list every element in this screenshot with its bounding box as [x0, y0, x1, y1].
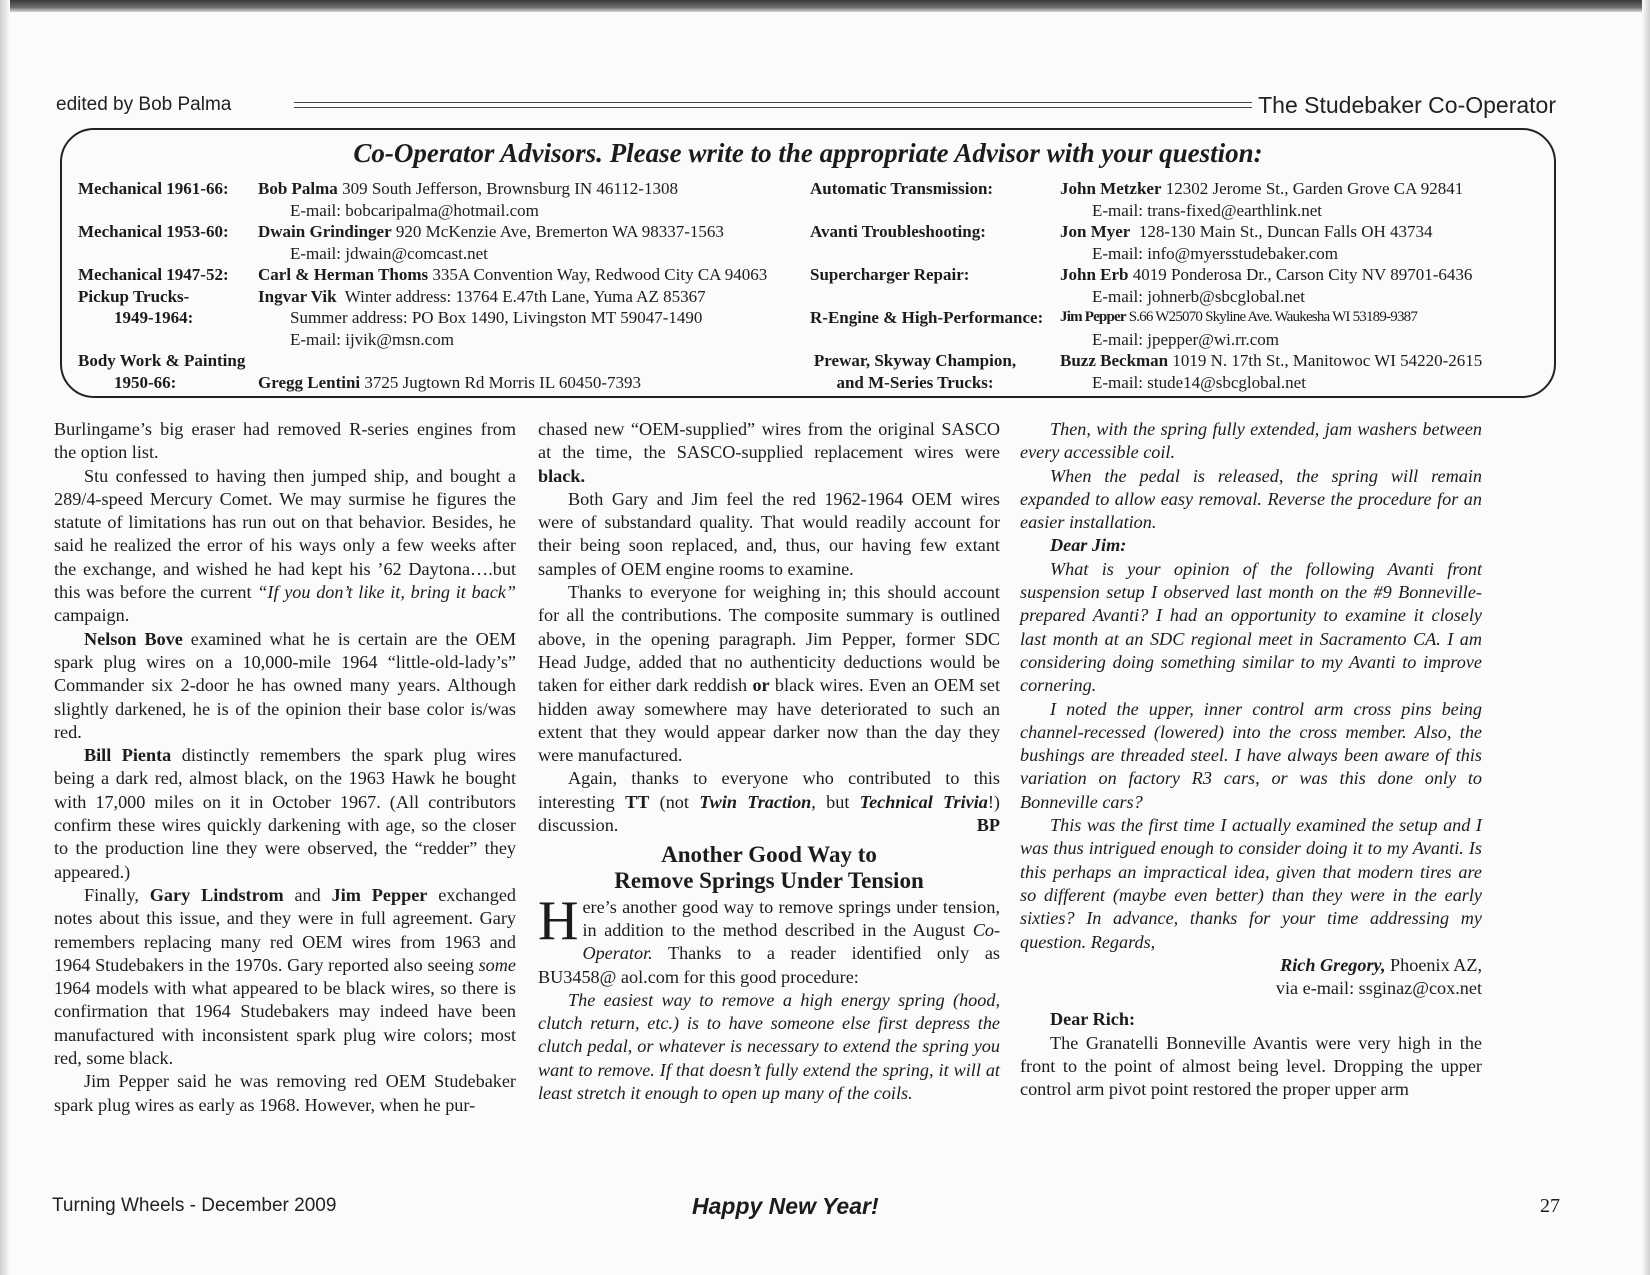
advisor-entry: Supercharger Repair: John Erb 4019 Ponde…	[810, 264, 1550, 307]
advisor-category: Mechanical 1953-60:	[78, 221, 229, 243]
advisor-address: 3725 Jugtown Rd Morris IL 60450-7393	[364, 373, 641, 392]
advisor-address: 920 McKenzie Ave, Bremerton WA 98337-156…	[396, 222, 724, 241]
advisor-address: 128-130 Main St., Duncan Falls OH 43734	[1139, 222, 1433, 241]
letter-signature: Rich Gregory, Phoenix AZ,	[1020, 954, 1482, 977]
advisor-entry: Avanti Troubleshooting: Jon Myer 128-130…	[810, 221, 1550, 264]
advisor-email[interactable]: E-mail: johnerb@sbcglobal.net	[1060, 286, 1550, 308]
paragraph: Jim Pepper said he was removing red OEM …	[54, 1070, 516, 1117]
advisor-category: Prewar, Skyway Champion, and M-Series Tr…	[810, 350, 1020, 393]
paragraph: The easiest way to remove a high energy …	[538, 989, 1000, 1105]
letter-salutation: Dear Jim:	[1020, 534, 1482, 557]
paragraph: Thanks to everyone for weighing in; this…	[538, 581, 1000, 767]
advisor-entry: Body Work & Painting 1950-66: Gregg Lent…	[78, 350, 798, 393]
advisor-category: Supercharger Repair:	[810, 264, 969, 286]
section-title: The Studebaker Co-Operator	[1258, 92, 1556, 119]
advisor-email[interactable]: E-mail: ijvik@msn.com	[258, 329, 798, 351]
paragraph: Stu confessed to having then jumped ship…	[54, 465, 516, 628]
footer-greeting: Happy New Year!	[692, 1193, 879, 1220]
scan-right-edge	[1642, 0, 1650, 1275]
advisor-name: John Erb	[1060, 265, 1129, 284]
scan-left-edge	[0, 0, 10, 1275]
advisor-entry: Mechanical 1961-66: Bob Palma 309 South …	[78, 178, 798, 221]
reply-salutation: Dear Rich:	[1020, 1008, 1482, 1031]
advisor-category-years: 1950-66:	[78, 372, 176, 394]
article-column-2: chased new “OEM-supplied” wires from the…	[538, 418, 1000, 1105]
advisor-address: 1019 N. 17th St., Manitowoc WI 54220-261…	[1172, 351, 1482, 370]
paragraph: Nelson Bove examined what he is certain …	[54, 628, 516, 744]
advisor-category: Pickup Trucks- 1949-1964:	[78, 286, 193, 329]
paragraph: Here’s another good way to remove spring…	[538, 896, 1000, 989]
advisor-category: Avanti Troubleshooting:	[810, 221, 986, 243]
scan-top-edge	[0, 0, 1650, 12]
paragraph: What is your opinion of the following Av…	[1020, 558, 1482, 698]
contributor-name: Nelson Bove	[84, 629, 183, 649]
paragraph: Burlingame’s big eraser had removed R-se…	[54, 418, 516, 465]
advisor-category: R-Engine & High-Performance:	[810, 307, 1043, 329]
paragraph: chased new “OEM-supplied” wires from the…	[538, 418, 1000, 488]
page-footer: Turning Wheels - December 2009 Happy New…	[52, 1195, 1560, 1225]
advisor-name: Dwain Grindinger	[258, 222, 392, 241]
advisor-category: Body Work & Painting	[78, 350, 798, 372]
advisor-name: Ingvar Vik	[258, 287, 337, 306]
page-number: 27	[1540, 1195, 1560, 1218]
advisor-name: Jon Myer	[1060, 222, 1130, 241]
advisor-name: Bob Palma	[258, 179, 338, 198]
advisor-name: Gregg Lentini	[258, 373, 360, 392]
advisors-left-column: Mechanical 1961-66: Bob Palma 309 South …	[78, 178, 798, 393]
paragraph: Then, with the spring fully extended, ja…	[1020, 418, 1482, 465]
paragraph: I noted the upper, inner control arm cro…	[1020, 698, 1482, 814]
advisor-email[interactable]: E-mail: trans-fixed@earthlink.net	[1060, 200, 1550, 222]
paragraph: Finally, Gary Lindstrom and Jim Pepper e…	[54, 884, 516, 1070]
advisor-address-2: Summer address: PO Box 1490, Livingston …	[258, 307, 798, 329]
article-column-1: Burlingame’s big eraser had removed R-se…	[54, 418, 516, 1117]
advisor-name: John Metzker	[1060, 179, 1162, 198]
article-headline: Another Good Way to Remove Springs Under…	[538, 842, 1000, 894]
header-double-rule	[294, 102, 1252, 108]
page-header: edited by Bob Palma The Studebaker Co-Op…	[56, 92, 1556, 122]
advisors-right-column: Automatic Transmission: John Metzker 123…	[810, 178, 1550, 393]
advisor-address: S.66 W25070 Skyline Ave. Waukesha WI 531…	[1129, 309, 1417, 325]
advisor-entry: Mechanical 1953-60: Dwain Grindinger 920…	[78, 221, 798, 264]
advisor-address: 309 South Jefferson, Brownsburg IN 46112…	[342, 179, 678, 198]
advisor-name: Jim Pepper	[1060, 309, 1126, 325]
contributor-name: Gary Lindstrom	[150, 885, 284, 905]
advisor-entry: Automatic Transmission: John Metzker 123…	[810, 178, 1550, 221]
paragraph: Both Gary and Jim feel the red 1962-1964…	[538, 488, 1000, 581]
contributor-name: Jim Pepper	[332, 885, 428, 905]
advisor-address: Winter address: 13764 E.47th Lane, Yuma …	[345, 287, 706, 306]
advisor-name: Buzz Beckman	[1060, 351, 1168, 370]
advisor-email[interactable]: E-mail: bobcaripalma@hotmail.com	[258, 200, 798, 222]
editor-credit: edited by Bob Palma	[56, 94, 231, 116]
advisors-box: Co-Operator Advisors. Please write to th…	[60, 128, 1556, 398]
advisor-category: Mechanical 1947-52:	[78, 264, 229, 286]
article-column-3: Then, with the spring fully extended, ja…	[1020, 418, 1482, 1102]
advisor-entry: Prewar, Skyway Champion, and M-Series Tr…	[810, 350, 1550, 393]
advisor-category: Automatic Transmission:	[810, 178, 993, 200]
paragraph: The Granatelli Bonneville Avantis were v…	[1020, 1032, 1482, 1102]
publication-issue: Turning Wheels - December 2009	[52, 1195, 336, 1217]
paragraph: This was the first time I actually exami…	[1020, 814, 1482, 954]
advisor-address: 335A Convention Way, Redwood City CA 940…	[432, 265, 767, 284]
advisor-email[interactable]: E-mail: stude14@sbcglobal.net	[1060, 372, 1550, 394]
advisor-address: 4019 Ponderosa Dr., Carson City NV 89701…	[1133, 265, 1473, 284]
advisor-email[interactable]: E-mail: jdwain@comcast.net	[258, 243, 798, 265]
advisor-entry: Pickup Trucks- 1949-1964: Ingvar Vik Win…	[78, 286, 798, 351]
advisor-category: Mechanical 1961-66:	[78, 178, 229, 200]
letter-email: via e-mail: ssginaz@cox.net	[1020, 977, 1482, 1000]
paragraph: When the pedal is released, the spring w…	[1020, 465, 1482, 535]
advisor-entry: Mechanical 1947-52: Carl & Herman Thoms …	[78, 264, 798, 286]
drop-cap: H	[538, 899, 578, 943]
contributor-name: Bill Pienta	[84, 745, 171, 765]
paragraph: Bill Pienta distinctly remembers the spa…	[54, 744, 516, 884]
advisor-entry: R-Engine & High-Performance: Jim Pepper …	[810, 307, 1550, 350]
advisor-email[interactable]: E-mail: jpepper@wi.rr.com	[1060, 329, 1550, 351]
advisors-title: Co-Operator Advisors. Please write to th…	[62, 138, 1554, 169]
advisor-name: Carl & Herman Thoms	[258, 265, 428, 284]
advisor-email[interactable]: E-mail: info@myersstudebaker.com	[1060, 243, 1550, 265]
advisor-address: 12302 Jerome St., Garden Grove CA 92841	[1166, 179, 1463, 198]
